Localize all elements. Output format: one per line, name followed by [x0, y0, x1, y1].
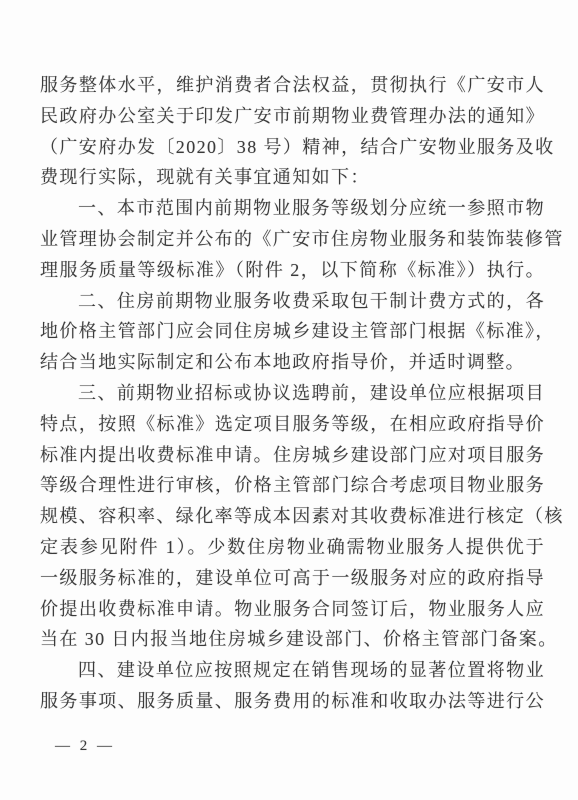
- text-line: 服务事项、服务质量、服务费用的标准和收取办法等进行公: [40, 686, 545, 717]
- text-line: 费现行实际，现就有关事宜通知如下：: [40, 162, 545, 193]
- text-line: 一级服务标准的，建设单位可高于一级服务对应的政府指导: [40, 563, 545, 594]
- text-line: 二、住房前期物业服务收费采取包干制计费方式的，各: [40, 286, 545, 317]
- text-line: 服务整体水平，维护消费者合法权益，贯彻执行《广安市人: [40, 70, 545, 101]
- text-line: 三、前期物业招标或协议选聘前，建设单位应根据项目: [40, 378, 545, 409]
- text-line: 地价格主管部门应会同住房城乡建设主管部门根据《标准》，: [40, 316, 545, 347]
- text-line: 价提出收费标准申请。物业服务合同签订后，物业服务人应: [40, 594, 545, 625]
- text-line: 一、本市范围内前期物业服务等级划分应统一参照市物: [40, 193, 545, 224]
- text-line: 结合当地实际制定和公布本地政府指导价，并适时调整。: [40, 347, 545, 378]
- text-line: （广安府办发〔2020〕38 号）精神，结合广安物业服务及收: [40, 132, 545, 163]
- text-line: 业管理协会制定并公布的《广安市住房物业服务和装饰装修管: [40, 224, 545, 255]
- page-number: — 2 —: [55, 738, 115, 755]
- text-line: 等级合理性进行审核，价格主管部门综合考虑项目物业服务: [40, 470, 545, 501]
- text-line: 理服务质量等级标准》（附件 2，以下简称《标准》）执行。: [40, 255, 545, 286]
- text-line: 民政府办公室关于印发广安市前期物业费管理办法的通知》: [40, 101, 545, 132]
- text-line: 当在 30 日内报当地住房城乡建设部门、价格主管部门备案。: [40, 624, 545, 655]
- text-line: 规模、容积率、绿化率等成本因素对其收费标准进行核定（核: [40, 501, 545, 532]
- document-body: 服务整体水平，维护消费者合法权益，贯彻执行《广安市人民政府办公室关于印发广安市前…: [40, 70, 545, 717]
- document-page: 服务整体水平，维护消费者合法权益，贯彻执行《广安市人民政府办公室关于印发广安市前…: [0, 0, 578, 800]
- text-line: 特点，按照《标准》选定项目服务等级，在相应政府指导价: [40, 409, 545, 440]
- text-line: 四、建设单位应按照规定在销售现场的显著位置将物业: [40, 655, 545, 686]
- text-line: 定表参见附件 1）。少数住房物业确需物业服务人提供优于: [40, 532, 545, 563]
- text-line: 标准内提出收费标准申请。住房城乡建设部门应对项目服务: [40, 440, 545, 471]
